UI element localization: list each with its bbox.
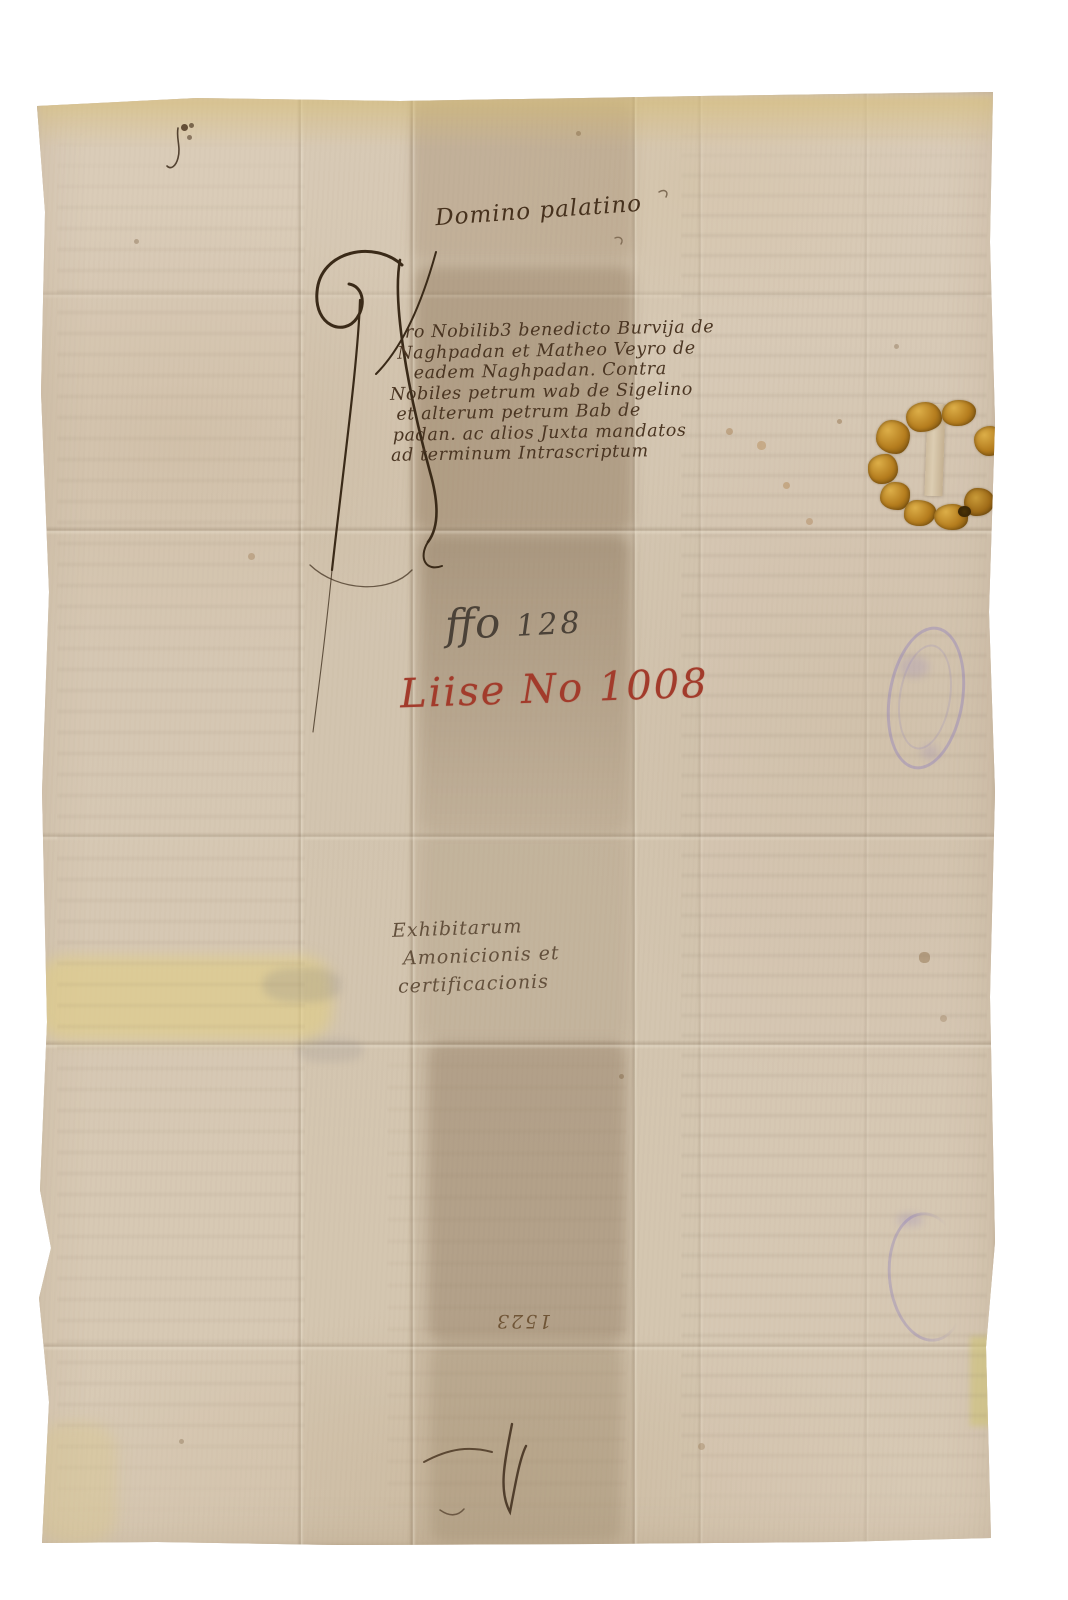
seal-wax-fragment [876, 420, 910, 454]
photograph-of-manuscript: Domino palatino ro Nobilib3 benedicto Bu… [0, 0, 1068, 1600]
seal-wax-fragment [904, 500, 936, 526]
stamp-ink-smear [897, 1214, 923, 1226]
paper-sheet: Domino palatino ro Nobilib3 benedicto Bu… [37, 92, 995, 1545]
tiny-pen-mark [659, 191, 667, 197]
seal-wax-fragment [974, 426, 1004, 456]
foxing-speckles [37, 92, 40, 95]
tiny-pen-mark [615, 237, 622, 244]
miscellaneous-ink-marks [37, 92, 995, 1545]
seal-wax-fragment-dark [958, 506, 971, 517]
seal-wax-fragment [868, 454, 898, 484]
seal-wax-fragment [942, 400, 976, 426]
stamp-ink-smear [899, 656, 929, 678]
stamp-ink-smear [921, 744, 939, 760]
wax-seal-remnant [868, 400, 1000, 530]
ink-curl-mark [167, 128, 179, 168]
